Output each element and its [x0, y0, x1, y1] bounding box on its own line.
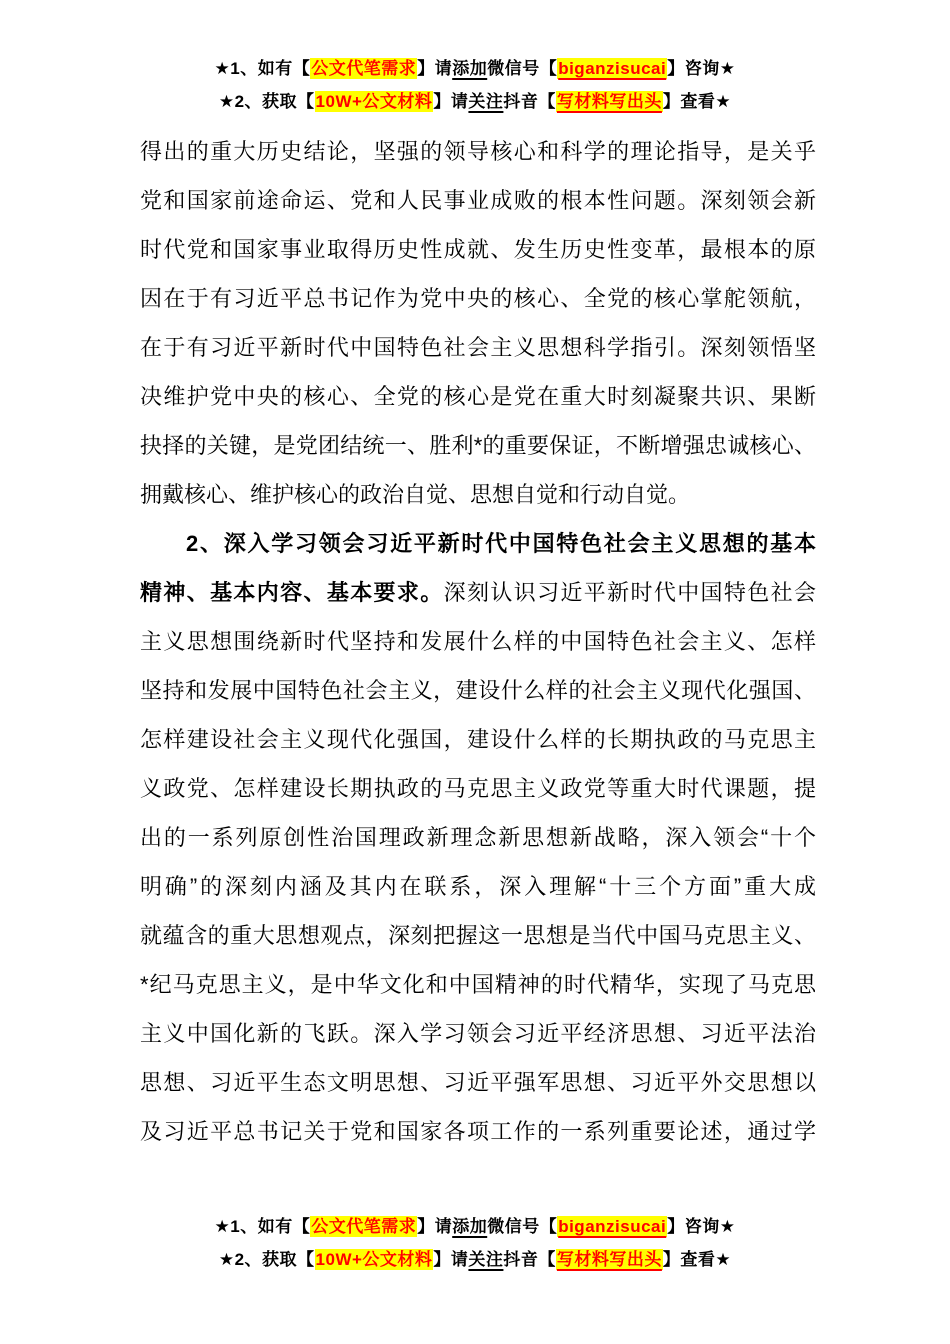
text-segment: 因在于有习近平总书记作为党中央的核心、全党的核心掌舵领航， — [140, 286, 816, 311]
text-line: 得出的重大历史结论，坚强的领导核心和科学的理论指导，是关乎 — [140, 127, 816, 176]
text-segment: 】查看★ — [663, 92, 731, 111]
text-segment: 】请 — [433, 92, 468, 111]
highlighted-phrase: 10W+公文材料 — [315, 91, 434, 112]
text-segment: 明确”的深刻内涵及其内在联系，深入理解“十三个方面”重大成 — [140, 874, 816, 899]
text-segment: 及习近平总书记关于党和国家各项工作的一系列重要论述，通过学 — [140, 1119, 816, 1144]
text-segment: 主义思想围绕新时代坚持和发展什么样的中国特色社会主义、怎样 — [140, 629, 816, 654]
text-line: ★1、如有【公文代笔需求】请添加微信号【biganzisucai】咨询★ — [0, 52, 950, 85]
text-segment: 微信号【 — [487, 59, 557, 78]
text-segment: 抉择的关键，是党团结统一、胜利*的重要保证，不断增强忠诚核心、 — [140, 433, 816, 458]
text-line: 及习近平总书记关于党和国家各项工作的一系列重要论述，通过学 — [140, 1107, 816, 1156]
text-segment: 】请 — [417, 1217, 452, 1236]
text-segment: 怎样建设社会主义现代化强国，建设什么样的长期执政的马克思主 — [140, 727, 816, 752]
text-line: 决维护党中央的核心、全党的核心是党在重大时刻凝聚共识、果断 — [140, 372, 816, 421]
highlighted-phrase: 10W+公文材料 — [315, 1249, 434, 1270]
text-segment: ★2、获取【 — [219, 1250, 315, 1269]
underlined-word: 关注 — [468, 1250, 503, 1269]
underlined-word: 添加 — [452, 59, 487, 78]
text-segment: 时代党和国家事业取得历史性成就、发生历史性变革，最根本的原 — [140, 237, 816, 262]
highlighted-phrase: 公文代笔需求 — [310, 58, 417, 79]
text-line: ★2、获取【10W+公文材料】请关注抖音【写材料写出头】查看★ — [0, 1243, 950, 1276]
text-segment: ★1、如有【 — [215, 59, 311, 78]
douyin-id: 写材料写出头 — [556, 91, 663, 112]
text-segment: 】咨询★ — [667, 59, 735, 78]
header-banner: ★1、如有【公文代笔需求】请添加微信号【biganzisucai】咨询★★2、获… — [0, 52, 950, 118]
wechat-id: biganzisucai — [557, 1216, 667, 1237]
text-line: 主义思想围绕新时代坚持和发展什么样的中国特色社会主义、怎样 — [140, 617, 816, 666]
underlined-word: 关注 — [468, 92, 503, 111]
text-segment: 党和国家前途命运、党和人民事业成败的根本性问题。深刻领会新 — [140, 188, 816, 213]
document-page: ★1、如有【公文代笔需求】请添加微信号【biganzisucai】咨询★★2、获… — [0, 0, 950, 1344]
text-segment: 出的一系列原创性治国理政新理念新思想新战略，深入领会“十个 — [140, 825, 816, 850]
text-segment: 主义中国化新的飞跃。深入学习领会习近平经济思想、习近平法治 — [140, 1021, 816, 1046]
text-line: 2、深入学习领会习近平新时代中国特色社会主义思想的基本 — [140, 519, 816, 568]
wechat-id: biganzisucai — [557, 58, 667, 79]
text-segment: 抖音【 — [503, 92, 556, 111]
text-segment: 】咨询★ — [667, 1217, 735, 1236]
text-segment: 就蕴含的重大思想观点，深刻把握这一思想是当代中国马克思主义、 — [140, 923, 816, 948]
text-line: 拥戴核心、维护核心的政治自觉、思想自觉和行动自觉。 — [140, 470, 816, 519]
douyin-id: 写材料写出头 — [556, 1249, 663, 1270]
text-line: 义政党、怎样建设长期执政的马克思主义政党等重大时代课题，提 — [140, 764, 816, 813]
text-line: 怎样建设社会主义现代化强国，建设什么样的长期执政的马克思主 — [140, 715, 816, 764]
text-segment: 在于有习近平新时代中国特色社会主义思想科学指引。深刻领悟坚 — [140, 335, 816, 360]
text-segment: 抖音【 — [503, 1250, 556, 1269]
text-line: *纪马克思主义，是中华文化和中国精神的时代精华，实现了马克思 — [140, 960, 816, 1009]
text-line: ★2、获取【10W+公文材料】请关注抖音【写材料写出头】查看★ — [0, 85, 950, 118]
text-line: 出的一系列原创性治国理政新理念新思想新战略，深入领会“十个 — [140, 813, 816, 862]
text-segment: 拥戴核心、维护核心的政治自觉、思想自觉和行动自觉。 — [140, 482, 690, 507]
text-segment: 微信号【 — [487, 1217, 557, 1236]
text-line: 在于有习近平新时代中国特色社会主义思想科学指引。深刻领悟坚 — [140, 323, 816, 372]
text-line: 党和国家前途命运、党和人民事业成败的根本性问题。深刻领会新 — [140, 176, 816, 225]
text-segment: 】请 — [433, 1250, 468, 1269]
text-line: 因在于有习近平总书记作为党中央的核心、全党的核心掌舵领航， — [140, 274, 816, 323]
document-body: 得出的重大历史结论，坚强的领导核心和科学的理论指导，是关乎党和国家前途命运、党和… — [140, 127, 816, 1156]
text-segment: 义政党、怎样建设长期执政的马克思主义政党等重大时代课题，提 — [140, 776, 816, 801]
text-line: 时代党和国家事业取得历史性成就、发生历史性变革，最根本的原 — [140, 225, 816, 274]
text-segment: 决维护党中央的核心、全党的核心是党在重大时刻凝聚共识、果断 — [140, 384, 816, 409]
footer-banner: ★1、如有【公文代笔需求】请添加微信号【biganzisucai】咨询★★2、获… — [0, 1210, 950, 1276]
text-segment: 深刻认识习近平新时代中国特色社会 — [444, 580, 816, 605]
underlined-word: 添加 — [452, 1217, 487, 1236]
text-segment: 坚持和发展中国特色社会主义，建设什么样的社会主义现代化强国、 — [140, 678, 816, 703]
text-segment: 精神、基本内容、基本要求。 — [140, 580, 444, 605]
text-line: 坚持和发展中国特色社会主义，建设什么样的社会主义现代化强国、 — [140, 666, 816, 715]
text-line: 抉择的关键，是党团结统一、胜利*的重要保证，不断增强忠诚核心、 — [140, 421, 816, 470]
text-segment: 】查看★ — [663, 1250, 731, 1269]
text-segment: 】请 — [417, 59, 452, 78]
text-line: 主义中国化新的飞跃。深入学习领会习近平经济思想、习近平法治 — [140, 1009, 816, 1058]
text-segment: 得出的重大历史结论，坚强的领导核心和科学的理论指导，是关乎 — [140, 139, 816, 164]
text-line: ★1、如有【公文代笔需求】请添加微信号【biganzisucai】咨询★ — [0, 1210, 950, 1243]
text-segment: 思想、习近平生态文明思想、习近平强军思想、习近平外交思想以 — [140, 1070, 816, 1095]
text-line: 就蕴含的重大思想观点，深刻把握这一思想是当代中国马克思主义、 — [140, 911, 816, 960]
highlighted-phrase: 公文代笔需求 — [310, 1216, 417, 1237]
text-segment: 2、深入学习领会习近平新时代中国特色社会主义思想的基本 — [186, 531, 816, 556]
text-segment: *纪马克思主义，是中华文化和中国精神的时代精华，实现了马克思 — [140, 972, 816, 997]
text-line: 思想、习近平生态文明思想、习近平强军思想、习近平外交思想以 — [140, 1058, 816, 1107]
text-segment: ★2、获取【 — [219, 92, 315, 111]
text-segment: ★1、如有【 — [215, 1217, 311, 1236]
text-line: 精神、基本内容、基本要求。深刻认识习近平新时代中国特色社会 — [140, 568, 816, 617]
text-line: 明确”的深刻内涵及其内在联系，深入理解“十三个方面”重大成 — [140, 862, 816, 911]
